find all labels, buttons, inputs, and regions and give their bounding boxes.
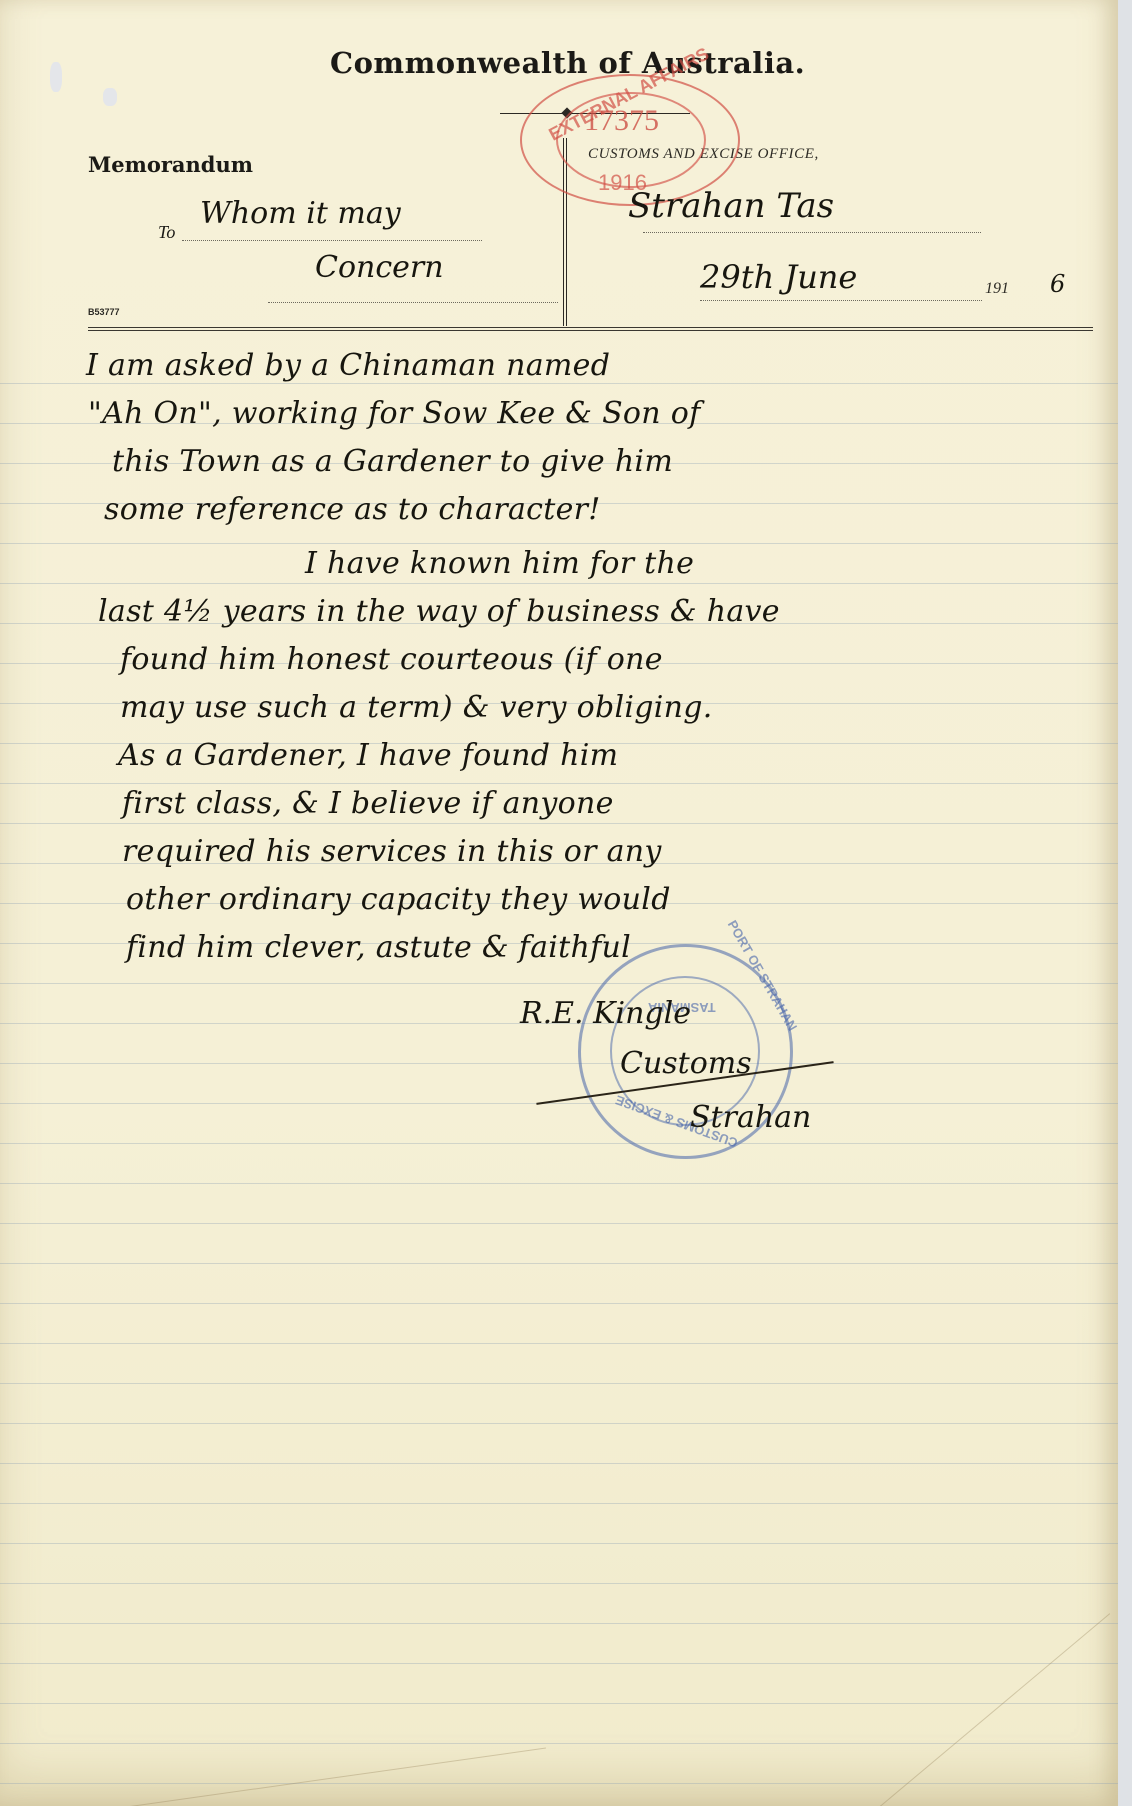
ruled-line: [0, 1783, 1118, 1784]
date-dotted-line: [700, 300, 982, 301]
place-dotted-line: [643, 232, 981, 233]
received-stamp-number: 17375: [584, 104, 659, 138]
ruled-line: [0, 543, 1118, 544]
ruled-line: [0, 823, 1118, 824]
form-number: B53777: [88, 307, 120, 317]
ruled-line: [0, 1743, 1118, 1744]
signature-name: R.E. Kingle: [520, 996, 691, 1031]
paper-damage: [103, 88, 117, 106]
body-line: I have known him for the: [305, 546, 694, 581]
ruled-line: [0, 1103, 1118, 1104]
recipient-line-1: Whom it may: [200, 196, 401, 231]
recipient-line-2: Concern: [315, 250, 444, 285]
letterhead-title: Commonwealth of Australia.: [330, 46, 805, 80]
ruled-line: [0, 1343, 1118, 1344]
date-field: 29th June: [700, 258, 857, 296]
place-field: Strahan Tas: [628, 186, 834, 226]
ruled-line: [0, 1223, 1118, 1224]
ruled-line: [0, 1303, 1118, 1304]
ruled-line: [0, 1383, 1118, 1384]
year-prefix: 191: [985, 280, 1009, 298]
ruled-line: [0, 1463, 1118, 1464]
header-double-rule: [88, 327, 1093, 331]
body-line: required his services in this or any: [122, 834, 662, 869]
ruled-line: [0, 1143, 1118, 1144]
ruled-line: [0, 1623, 1118, 1624]
ruled-line: [0, 583, 1118, 584]
ruled-line: [0, 1663, 1118, 1664]
ruled-line: [0, 1063, 1118, 1064]
ruled-line: [0, 1703, 1118, 1704]
ruled-line: [0, 1183, 1118, 1184]
ruled-line: [0, 983, 1118, 984]
body-line: first class, & I believe if anyone: [122, 786, 614, 821]
to-dotted-line: [182, 240, 482, 241]
body-line: last 4½ years in the way of business & h…: [98, 594, 780, 629]
ruled-line: [0, 783, 1118, 784]
ruled-line: [0, 1503, 1118, 1504]
memo-label: Memorandum: [88, 152, 253, 177]
year-suffix: 6: [1050, 270, 1065, 298]
ruled-line: [0, 383, 1118, 384]
scan-edge: [1118, 0, 1132, 1806]
ruled-line: [0, 1263, 1118, 1264]
signature-location: Strahan: [690, 1100, 811, 1135]
to-label: To: [158, 222, 175, 243]
ruled-line: [0, 1583, 1118, 1584]
body-line: I am asked by a Chinaman named: [86, 348, 610, 383]
ruled-line: [0, 1423, 1118, 1424]
ruled-line: [0, 1543, 1118, 1544]
body-line: this Town as a Gardener to give him: [112, 444, 673, 479]
body-line: other ordinary capacity they would: [126, 882, 671, 917]
body-line: find him clever, astute & faithful: [126, 930, 631, 965]
to-dotted-line-2: [268, 302, 558, 303]
body-line: As a Gardener, I have found him: [118, 738, 618, 773]
body-line: found him honest courteous (if one: [120, 642, 663, 677]
paper-damage: [50, 62, 62, 92]
body-line: "Ah On", working for Sow Kee & Son of: [88, 396, 701, 431]
body-line: some reference as to character!: [104, 492, 601, 527]
body-line: may use such a term) & very obliging.: [120, 690, 713, 725]
